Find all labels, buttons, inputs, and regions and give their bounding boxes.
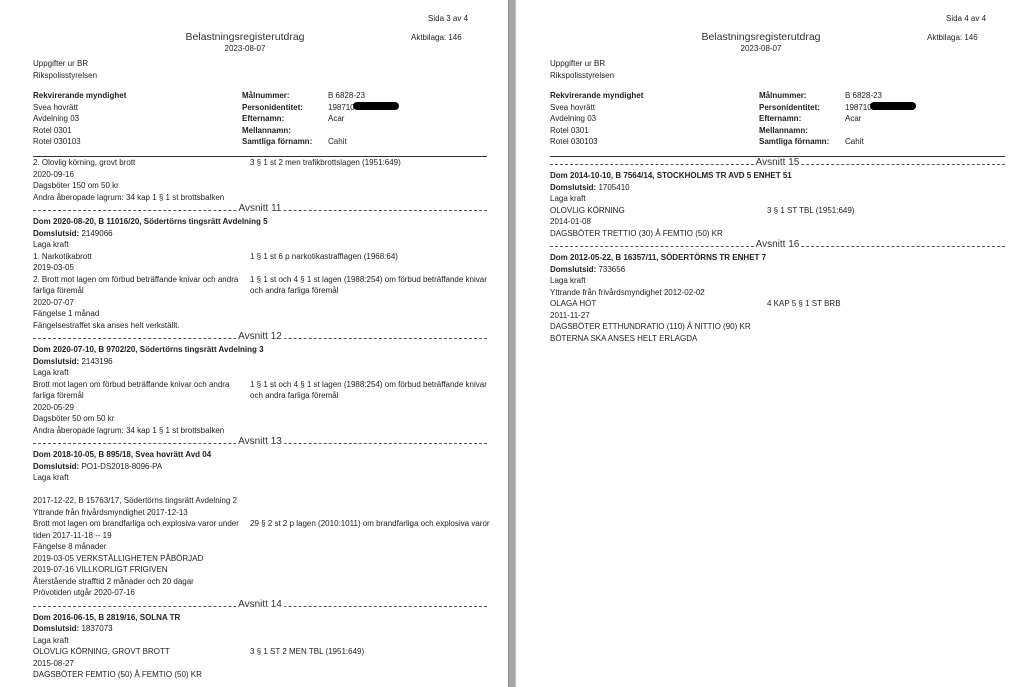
domslut-value: 733656 [596,265,625,274]
page-4: Sida 4 av 4 Belastningsregisterutdrag 20… [516,0,1024,687]
document-title: Belastningsregisterutdrag [661,31,861,43]
offense: Brott mot lagen om förbud beträffande kn… [33,379,250,402]
field-label: Personidentitet: [759,102,845,114]
requester-heading: Rekvirerande myndighet [550,90,643,102]
section-separator: Avsnitt 11 [33,204,487,216]
requester-line: Svea hovrätt [550,102,643,114]
field-value: Cahit [328,136,347,148]
requester-line: Svea hovrätt [33,102,126,114]
status-text: Laga kraft [33,635,487,647]
offense-row: Brott mot lagen om brandfarliga och expl… [33,518,487,541]
domslut-label: Domslutsid: [33,357,79,366]
source-line: Rikspolisstyrelsen [33,70,97,82]
field-label: Samtliga förnamn: [242,136,328,148]
offense-date: 2015-08-27 [33,658,487,670]
law-reference: 1 § 1 st 6 p narkotikastrafflagen (1968:… [250,251,490,263]
document-date: 2023-08-07 [661,44,861,53]
field-value: B 6828-23 [328,90,365,102]
section-title: Avsnitt 14 [236,599,284,611]
field-label: Personidentitet: [242,102,328,114]
field-value: B 6828-23 [845,90,882,102]
field-label: Mellannamn: [759,125,845,137]
page-body: Avsnitt 15 Dom 2014-10-10, B 7564/14, ST… [550,157,1005,344]
offense-row: Brott mot lagen om förbud beträffande kn… [33,379,487,402]
domslut-label: Domslutsid: [33,229,79,238]
law-reference: 29 § 2 st 2 p lagen (2010:1011) om brand… [250,518,490,541]
domslut-label: Domslutsid: [33,462,79,471]
domslut-value: 1837073 [79,624,112,633]
requester-line: Rotel 030103 [550,136,643,148]
text-line: 2020-09-16 [33,169,487,181]
section-title: Avsnitt 12 [236,331,284,343]
field-label: Mellannamn: [242,125,328,137]
section-title: Avsnitt 16 [754,239,802,251]
requester-line: Rotel 030103 [33,136,126,148]
text-line: Andra åberopade lagrum: 34 kap 1 § 1 st … [33,192,487,204]
source-line: Rikspolisstyrelsen [550,70,614,82]
status-text: Laga kraft [33,239,487,251]
offense: 1. Narkotikabrott [33,251,250,263]
source-line: Uppgifter ur BR [33,58,97,70]
text-line: Dagsböter 150 om 50 kr [33,180,487,192]
domslut-label: Domslutsid: [33,624,79,633]
field-value: 198710 [328,102,355,114]
penalty: Fängelse 1 månad [33,308,487,320]
source-info: Uppgifter ur BR Rikspolisstyrelsen [33,58,97,81]
text-line: 2019-03-05 VERKSTÄLLIGHETEN PÅBÖRJAD [33,553,487,565]
law-reference: 1 § 1 st och 4 § 1 st lagen (1988:254) o… [250,379,490,402]
offense-row: OLOVLIG KÖRNING 3 § 1 ST TBL (1951:649) [550,205,1005,217]
penalty-note: Andra åberopade lagrum: 34 kap 1 § 1 st … [33,425,487,437]
text-line: 2019-07-16 VILLKORLIGT FRIGIVEN [33,564,487,576]
law-reference: 3 § 1 ST 2 MEN TBL (1951:649) [250,646,490,658]
reference-judgment: 2017-12-22, B 15763/17, Södertörns tings… [33,495,487,507]
requester-line: Rotel 0301 [33,125,126,137]
page-3: Sida 3 av 4 Belastningsregisterutdrag 20… [0,0,508,687]
page-number: Sida 3 av 4 [428,14,468,23]
redaction-mark [353,102,399,110]
domslut-label: Domslutsid: [550,183,596,192]
judgment-heading: Dom 2020-07-10, B 9702/20, Södertörns ti… [33,344,487,356]
page-divider [508,0,516,687]
source-info: Uppgifter ur BR Rikspolisstyrelsen [550,58,614,81]
offense-date: 2011-11-27 [550,310,1005,322]
probation-statement: Yttrande från frivårdsmyndighet 2012-02-… [550,287,1005,299]
judgment-heading: Dom 2016-06-15, B 2819/16, SOLNA TR [33,612,487,624]
offense-date: 2020-07-07 [33,297,487,309]
document-title: Belastningsregisterutdrag [145,31,345,43]
penalty-note: Fängelsestraffet ska anses helt verkstäl… [33,320,487,332]
text-line: Återstående strafftid 2 månader och 20 d… [33,576,487,588]
requester-line: Avdelning 03 [550,113,643,125]
offense-row: 2. Brott mot lagen om förbud beträffande… [33,274,487,297]
field-value: 198710 [845,102,872,114]
domslut-value: 1705410 [596,183,629,192]
requester-line: Avdelning 03 [33,113,126,125]
field-label: Målnummer: [242,90,328,102]
requester-line: Rotel 0301 [550,125,643,137]
offense: 2. Brott mot lagen om förbud beträffande… [33,274,250,297]
status-text: Laga kraft [550,193,1005,205]
penalty: DAGSBÖTER ETTHUNDRATIO (110) Å NITTIO (9… [550,321,1005,333]
domslut-value: PO1-DS2018-8096-PA [79,462,162,471]
offense: OLOVLIG KÖRNING [550,205,767,217]
law-reference: 3 § 1 ST TBL (1951:649) [767,205,1007,217]
section-title: Avsnitt 15 [754,157,802,169]
page-number: Sida 4 av 4 [946,14,986,23]
status-text: Laga kraft [550,275,1005,287]
requesting-authority: Rekvirerande myndighet Svea hovrätt Avde… [33,90,126,148]
probation-statement: Yttrande från frivårdsmyndighet 2017-12-… [33,507,487,519]
section-separator: Avsnitt 16 [550,240,1005,252]
source-line: Uppgifter ur BR [550,58,614,70]
offense-row: OLAGA HOT 4 KAP 5 § 1 ST BRB [550,298,1005,310]
section-separator: Avsnitt 15 [550,158,1005,170]
penalty-note: BÖTERNA SKA ANSES HELT ERLAGDA [550,333,1005,345]
text-line: Prövotiden utgår 2020-07-16 [33,587,487,599]
offense: OLAGA HOT [550,298,767,310]
domslut-value: 2143196 [79,357,112,366]
aktbilaga: Aktbilaga: 146 [411,33,462,42]
penalty: DAGSBÖTER TRETTIO (30) Å FEMTIO (50) KR [550,228,1005,240]
status-text: Laga kraft [33,367,487,379]
field-value: Cahit [845,136,864,148]
judgment-heading: Dom 2014-10-10, B 7564/14, STOCKHOLMS TR… [550,170,1005,182]
judgment-heading: Dom 2020-08-20, B 11016/20, Södertörns t… [33,216,487,228]
offense: OLOVLIG KÖRNING, GROVT BROTT [33,646,250,658]
law-reference: 4 KAP 5 § 1 ST BRB [767,298,1007,310]
law-reference: 1 § 1 st och 4 § 1 st lagen (1988:254) o… [250,274,490,297]
aktbilaga: Aktbilaga: 146 [927,33,978,42]
status-text: Laga kraft [33,472,487,484]
field-value: Acar [845,113,861,125]
offense: 2. Olovlig körning, grovt brott [33,157,250,169]
case-fields: Målnummer:B 6828-23 Personidentitet:1987… [242,90,399,148]
page-body: 2. Olovlig körning, grovt brott 3 § 1 st… [33,157,487,681]
text-line: Fängelse 8 månader [33,541,487,553]
offense-row: 1. Narkotikabrott 1 § 1 st 6 p narkotika… [33,251,487,263]
offense-date: 2014-01-08 [550,216,1005,228]
requesting-authority: Rekvirerande myndighet Svea hovrätt Avde… [550,90,643,148]
case-fields: Målnummer:B 6828-23 Personidentitet:1987… [759,90,916,148]
domslut-value: 2149066 [79,229,112,238]
field-label: Efternamn: [759,113,845,125]
section-separator: Avsnitt 13 [33,437,487,449]
penalty: DAGSBÖTER FEMTIO (50) Å FEMTIO (50) KR [33,669,487,681]
section-title: Avsnitt 13 [236,436,284,448]
domslut-label: Domslutsid: [550,265,596,274]
section-title: Avsnitt 11 [237,203,284,215]
section-separator: Avsnitt 14 [33,600,487,612]
offense-date: 2019-03-05 [33,262,487,274]
judgment-heading: Dom 2018-10-05, B 895/18, Svea hovrätt A… [33,449,487,461]
field-label: Målnummer: [759,90,845,102]
field-label: Efternamn: [242,113,328,125]
law-reference: 3 § 1 st 2 men trafikbrottslagen (1951:6… [250,157,490,169]
field-value: Acar [328,113,344,125]
document-date: 2023-08-07 [145,44,345,53]
offense-row: 2. Olovlig körning, grovt brott 3 § 1 st… [33,157,487,169]
penalty: Dagsböter 50 om 50 kr [33,413,487,425]
section-separator: Avsnitt 12 [33,332,487,344]
judgment-heading: Dom 2012-05-22, B 16357/11, SÖDERTÖRNS T… [550,252,1005,264]
offense-row: OLOVLIG KÖRNING, GROVT BROTT 3 § 1 ST 2 … [33,646,487,658]
redaction-mark [870,102,916,110]
offense: Brott mot lagen om brandfarliga och expl… [33,518,250,541]
requester-heading: Rekvirerande myndighet [33,90,126,102]
field-label: Samtliga förnamn: [759,136,845,148]
offense-date: 2020-05-29 [33,402,487,414]
